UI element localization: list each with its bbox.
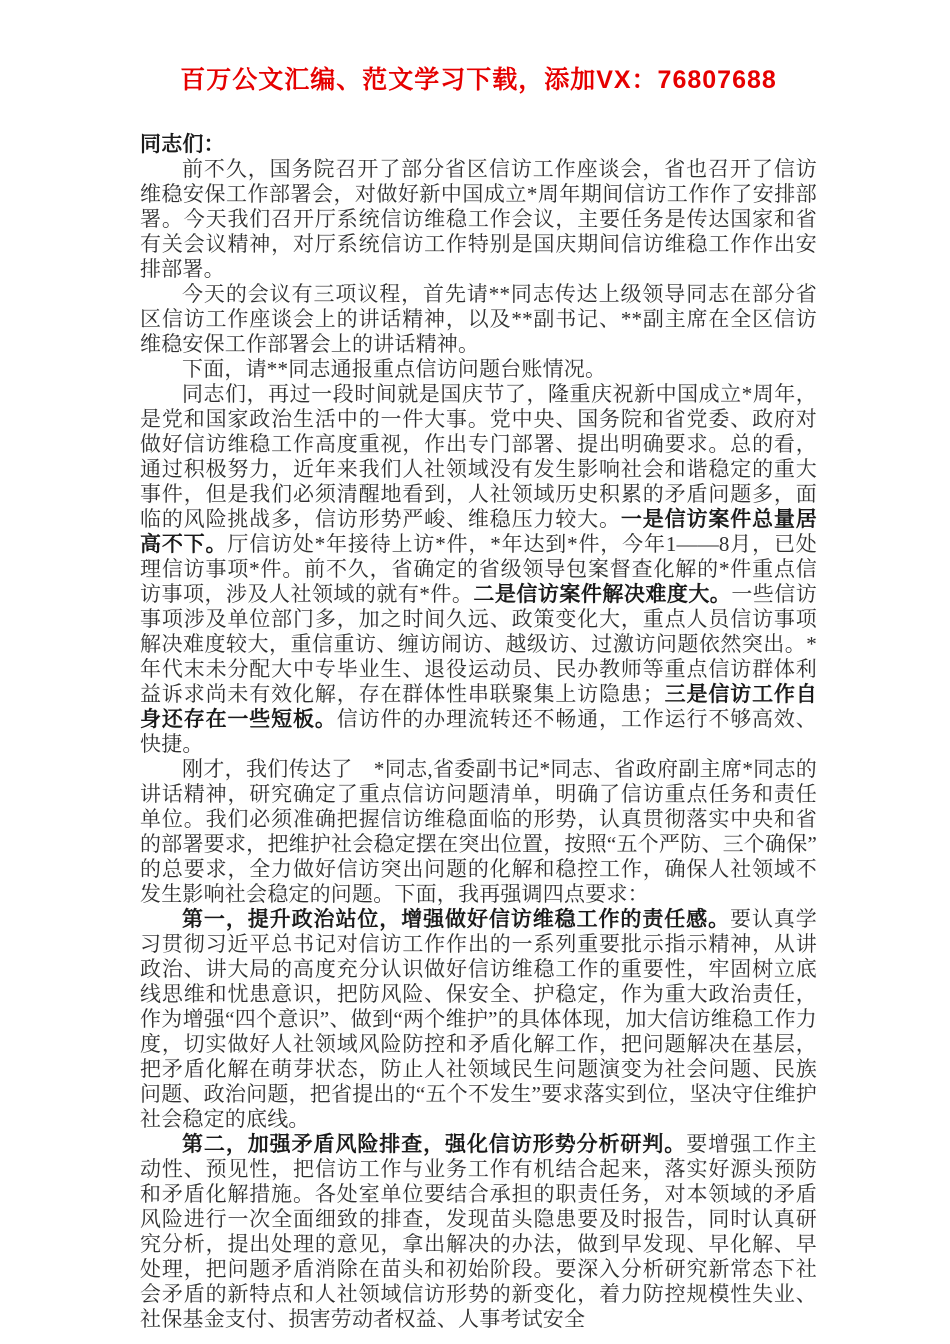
paragraph-agenda: 今天的会议有三项议程，首先请**同志传达上级领导同志在部分省区信访工作座谈会上的…: [140, 282, 817, 357]
text-run: 要认真学习贯彻习近平总书记对信访工作作出的一系列重要批示指示精神，从讲政治、讲大…: [140, 907, 817, 1131]
document-page: 百万公文汇编、范文学习下载，添加VX：76807688 同志们：前不久，国务院召…: [0, 0, 950, 1344]
paragraph-point-two: 第二，加强矛盾风险排查，强化信访形势分析研判。要增强工作主动性、预见性，把信访工…: [140, 1132, 817, 1332]
paragraph-briefing: 下面，请**同志通报重点信访问题台账情况。: [140, 357, 817, 382]
text-run: 刚才，我们传达了 *同志,省委副书记*同志、省政府副主席*同志的讲话精神，研究确…: [140, 757, 817, 906]
document-body: 同志们：前不久，国务院召开了部分省区信访工作座谈会，省也召开了信访维稳安保工作部…: [140, 132, 817, 1332]
bold-run: 第一，提升政治站位，增强做好信访维稳工作的责任感。: [182, 907, 730, 931]
bold-run: 第二，加强矛盾风险排查，强化信访形势分析研判。: [182, 1132, 686, 1156]
text-run: 今天的会议有三项议程，首先请**同志传达上级领导同志在部分省区信访工作座谈会上的…: [140, 282, 817, 356]
promo-header: 百万公文汇编、范文学习下载，添加VX：76807688: [140, 64, 817, 96]
paragraph-point-one: 第一，提升政治站位，增强做好信访维稳工作的责任感。要认真学习贯彻习近平总书记对信…: [140, 907, 817, 1132]
text-run: 下面，请**同志通报重点信访问题台账情况。: [182, 357, 606, 381]
paragraph-situation: 同志们，再过一段时间就是国庆节了，隆重庆祝新中国成立*周年，是党和国家政治生活中…: [140, 382, 817, 757]
text-run: 要增强工作主动性、预见性，把信访工作与业务工作有机结合起来，落实好源头预防和矛盾…: [140, 1132, 817, 1331]
bold-run: 同志们：: [140, 132, 225, 156]
paragraph-transition: 刚才，我们传达了 *同志,省委副书记*同志、省政府副主席*同志的讲话精神，研究确…: [140, 757, 817, 907]
text-run: 前不久，国务院召开了部分省区信访工作座谈会，省也召开了信访维稳安保工作部署会，对…: [140, 157, 817, 281]
salutation: 同志们：: [140, 132, 817, 157]
paragraph-opening: 前不久，国务院召开了部分省区信访工作座谈会，省也召开了信访维稳安保工作部署会，对…: [140, 157, 817, 282]
bold-run: 二是信访案件解决难度大。: [473, 582, 731, 606]
